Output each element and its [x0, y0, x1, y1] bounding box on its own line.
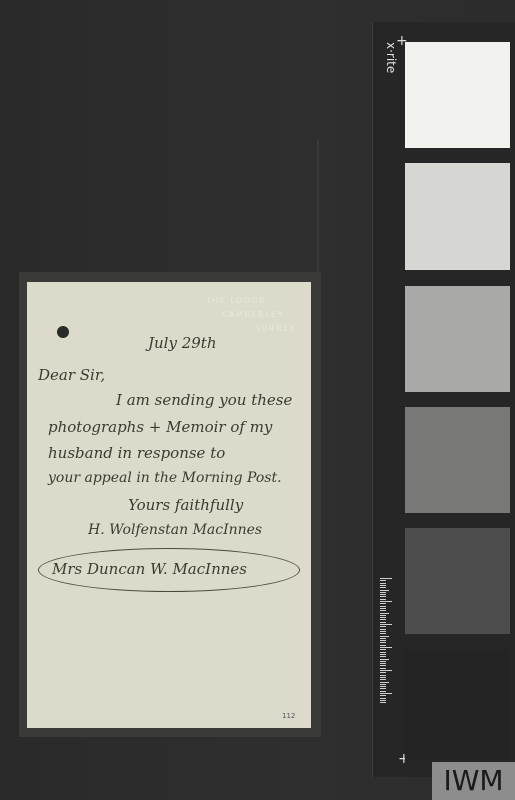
ruler-tick [380, 663, 386, 664]
ruler-tick [380, 652, 386, 653]
ruler-tick [380, 631, 386, 632]
gray-patch-6 [405, 650, 510, 760]
ruler-tick [380, 601, 392, 602]
iwm-watermark: IWM [432, 762, 515, 800]
mount-rod [317, 140, 319, 280]
salutation: Dear Sir, [38, 366, 105, 384]
ruler-tick [380, 596, 386, 597]
ruler-tick [380, 649, 386, 650]
ruler-tick [380, 606, 386, 607]
ruler-tick [380, 654, 386, 655]
xrite-logo: x·rite [374, 42, 398, 92]
body-line-4: your appeal in the Morning Post. [48, 470, 282, 486]
ruler-tick [380, 642, 386, 643]
ruler-tick [380, 684, 386, 685]
body-line-2: photographs + Memoir of my [48, 418, 272, 436]
ruler-tick [380, 638, 386, 639]
ruler-tick [380, 613, 389, 614]
ruler-tick [380, 698, 386, 699]
ruler-tick [380, 624, 392, 625]
letterhead-line-2: CAMBERLEY [222, 310, 284, 319]
ruler-tick [380, 668, 386, 669]
letter-date: July 29th [148, 334, 217, 352]
ruler-tick [380, 675, 386, 676]
ruler-tick [380, 672, 386, 673]
body-line-3: husband in response to [48, 444, 225, 462]
letterhead-line-1: THE LODGE [206, 296, 266, 305]
letterhead-line-3: SURREY [255, 324, 296, 333]
ruler-tick [380, 702, 386, 703]
ruler-tick [380, 682, 389, 683]
ruler-tick [380, 587, 386, 588]
ruler-tick [380, 592, 386, 593]
ruler-tick [380, 594, 386, 595]
ruler-tick [380, 603, 386, 604]
ruler-tick [380, 665, 386, 666]
ruler-tick [380, 670, 392, 671]
ruler-tick [380, 661, 386, 662]
ruler-tick [380, 686, 386, 687]
ruler-tick [380, 645, 386, 646]
gray-patch-5 [405, 528, 510, 634]
ruler-tick [380, 585, 386, 586]
circled-name: Mrs Duncan W. MacInnes [52, 560, 247, 578]
ruler-tick [380, 700, 386, 701]
signature: H. Wolfenstan MacInnes [88, 522, 262, 538]
ruler-tick [380, 640, 386, 641]
closing: Yours faithfully [128, 496, 243, 514]
ruler-tick [380, 583, 386, 584]
ruler-tick [380, 610, 386, 611]
ruler-tick [380, 629, 386, 630]
ruler-tick [380, 633, 386, 634]
body-line-1: I am sending you these [116, 391, 292, 409]
ruler-tick [380, 636, 389, 637]
ruler-tick [380, 617, 386, 618]
punch-hole [57, 326, 69, 338]
ruler-tick [380, 578, 392, 579]
mm-ruler [380, 578, 394, 708]
gray-patch-3 [405, 286, 510, 392]
ruler-tick [380, 622, 386, 623]
ruler-tick [380, 619, 386, 620]
ruler-tick [380, 590, 389, 591]
ruler-tick [380, 695, 386, 696]
page-number: 112 [282, 712, 295, 720]
gray-patch-4 [405, 407, 510, 513]
ruler-tick [380, 580, 386, 581]
ruler-tick [380, 693, 392, 694]
ruler-tick [380, 677, 386, 678]
ruler-tick [380, 688, 386, 689]
ruler-tick [380, 615, 386, 616]
ruler-tick [380, 659, 389, 660]
ruler-tick [380, 679, 386, 680]
gray-patch-1 [405, 42, 510, 148]
ruler-tick [380, 626, 386, 627]
ruler-tick [380, 656, 386, 657]
gray-patch-2 [405, 163, 510, 270]
ruler-tick [380, 691, 386, 692]
ruler-tick [380, 599, 386, 600]
ruler-tick [380, 608, 386, 609]
ruler-tick [380, 647, 392, 648]
